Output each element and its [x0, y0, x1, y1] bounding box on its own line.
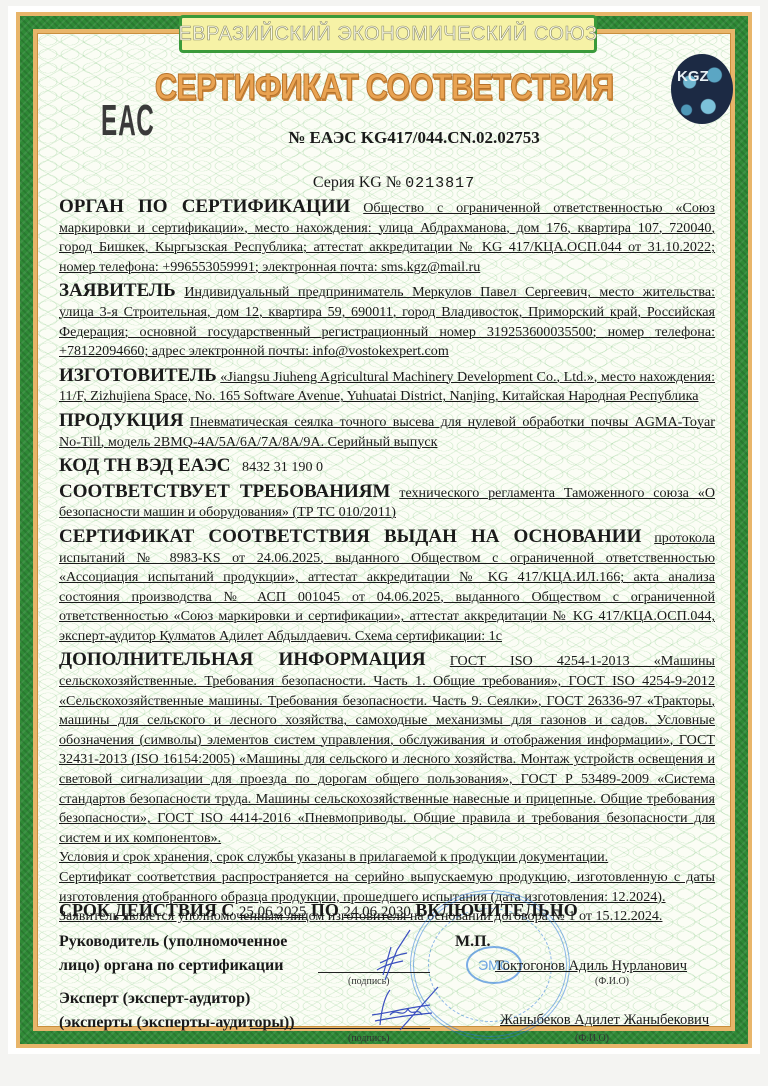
- head-name-caption: (Ф.И.О): [595, 976, 629, 987]
- validity-from: 25.06.2025: [239, 904, 307, 920]
- section-label: ОРГАН ПО СЕРТИФИКАЦИИ: [59, 196, 350, 217]
- seal-label: М.П.: [455, 933, 491, 951]
- head-label-line2: лицо) органа по сертификации: [59, 954, 287, 978]
- head-label-line1: Руководитель (уполномоченное: [59, 930, 287, 954]
- section-label: СЕРТИФИКАТ СООТВЕТСТВИЯ ВЫДАН НА ОСНОВАН…: [59, 526, 641, 547]
- expert-label-line1: Эксперт (эксперт-аудитор): [59, 987, 295, 1011]
- storage-note: Условия и срок хранения, срок службы ука…: [59, 848, 715, 868]
- validity-mid: ПО: [311, 900, 339, 920]
- hologram-label: KGZ: [677, 68, 709, 85]
- section-label: КОД ТН ВЭД ЕАЭС: [59, 455, 230, 476]
- series-line: Серия KG № 0213817: [8, 174, 760, 192]
- validity-period: СРОК ДЕЙСТВИЯ С 25.06.2025 ПО 24.06.2030…: [59, 900, 578, 921]
- head-name: Токтогонов Адиль Нурланович: [495, 958, 687, 975]
- section-value: ГОСТ ISO 4254-1-2013 «Машины сельскохозя…: [59, 653, 715, 845]
- section-certification-body: ОРГАН ПО СЕРТИФИКАЦИИ Общество с огранич…: [59, 197, 715, 277]
- document-title: СЕРТИФИКАТ СООТВЕТСТВИЯ: [61, 66, 708, 108]
- section-label: ИЗГОТОВИТЕЛЬ: [59, 365, 217, 386]
- section-additional: ДОПОЛНИТЕЛЬНАЯ ИНФОРМАЦИЯ ГОСТ ISO 4254-…: [59, 650, 715, 848]
- validity-suffix: ВКЛЮЧИТЕЛЬНО: [415, 900, 577, 920]
- section-label: СООТВЕТСТВУЕТ ТРЕБОВАНИЯМ: [59, 481, 390, 502]
- section-value: протокола испытаний № 8983-KS от 24.06.2…: [59, 530, 715, 644]
- certificate-number: № ЕАЭС KG417/044.CN.02.02753: [8, 128, 760, 148]
- validity-prefix: СРОК ДЕЙСТВИЯ С: [59, 900, 234, 920]
- section-product: ПРОДУКЦИЯ Пневматическая сеялка точного …: [59, 411, 715, 452]
- expert-signature-icon: [360, 985, 450, 1035]
- head-signatory-label: Руководитель (уполномоченное лицо) орган…: [59, 930, 287, 978]
- expert-name-caption: (Ф.И.О): [575, 1033, 609, 1044]
- union-banner: ЕВРАЗИЙСКИЙ ЭКОНОМИЧЕСКИЙ СОЮЗ: [179, 15, 597, 53]
- section-applicant: ЗАЯВИТЕЛЬ Индивидуальный предприниматель…: [59, 281, 715, 361]
- union-banner-text: ЕВРАЗИЙСКИЙ ЭКОНОМИЧЕСКИЙ СОЮЗ: [178, 23, 597, 46]
- section-basis: СЕРТИФИКАТ СООТВЕТСТВИЯ ВЫДАН НА ОСНОВАН…: [59, 527, 715, 647]
- section-hs-code: КОД ТН ВЭД ЕАЭС 8432 31 190 0: [59, 456, 715, 478]
- section-label: ДОПОЛНИТЕЛЬНАЯ ИНФОРМАЦИЯ: [59, 649, 426, 670]
- series-label: Серия KG №: [313, 174, 401, 191]
- section-label: ПРОДУКЦИЯ: [59, 410, 183, 431]
- expert-label-line2: (эксперты (эксперты-аудиторы)): [59, 1011, 295, 1035]
- section-manufacturer: ИЗГОТОВИТЕЛЬ «Jiangsu Jiuheng Agricultur…: [59, 366, 715, 407]
- series-number: 0213817: [405, 175, 475, 192]
- certificate-body: ОРГАН ПО СЕРТИФИКАЦИИ Общество с огранич…: [59, 197, 715, 927]
- section-value: 8432 31 190 0: [242, 459, 323, 475]
- section-conforms: СООТВЕТСТВУЕТ ТРЕБОВАНИЯМ технического р…: [59, 482, 715, 523]
- head-signature-icon: [355, 925, 425, 985]
- hologram-icon: KGZ: [671, 54, 733, 124]
- expert-name: Жаныбеков Адилет Жаныбекович: [500, 1012, 709, 1029]
- section-label: ЗАЯВИТЕЛЬ: [59, 280, 176, 301]
- validity-to: 24.06.2030: [343, 904, 411, 920]
